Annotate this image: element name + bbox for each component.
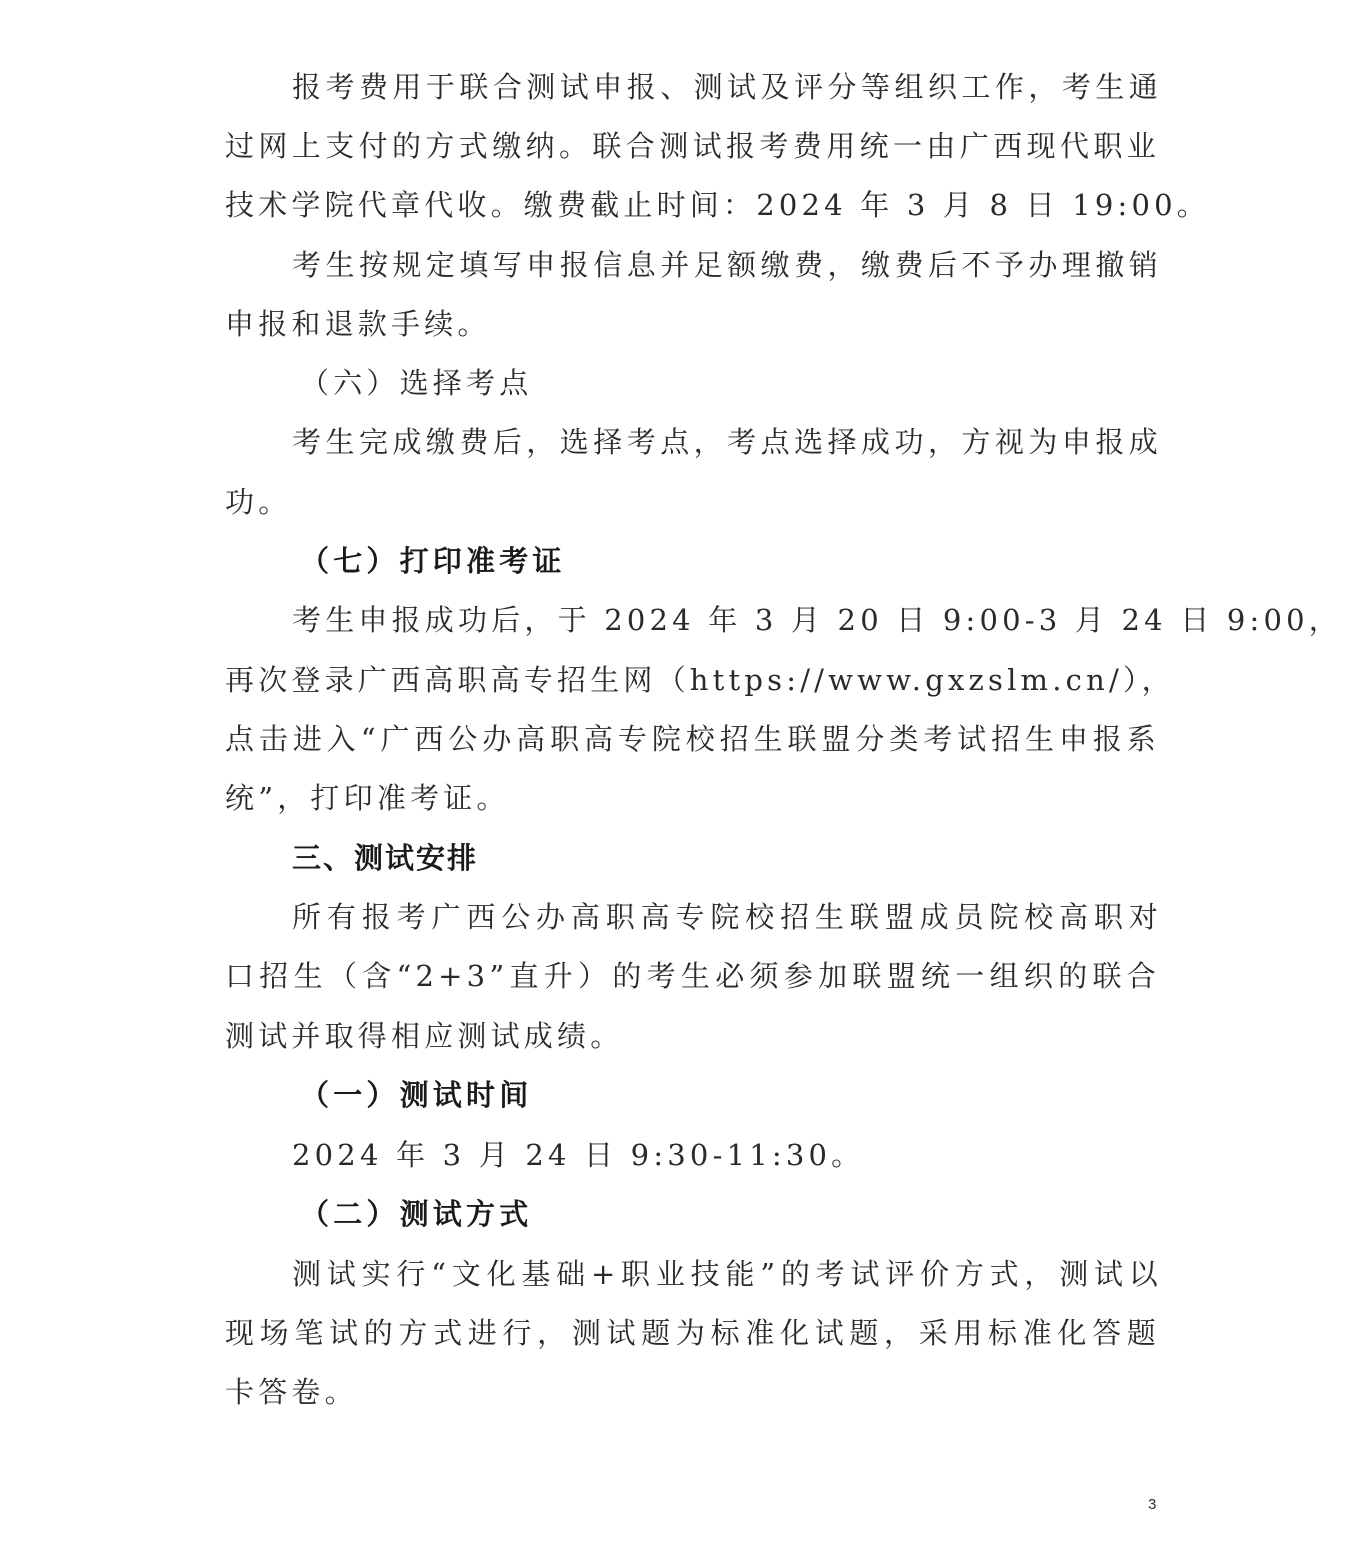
document-page: 报考费用于联合测试申报、测试及评分等组织工作，考生通 过网上支付的方式缴纳。联合…: [0, 0, 1368, 1548]
paragraph-method-line-1: 测试实行“文化基础+职业技能”的考试评价方式，测试以: [292, 1254, 1162, 1294]
paragraph-admission-line-3: 点击进入“广西公办高职高专院校招生联盟分类考试招生申报系: [225, 719, 1160, 759]
paragraph-exam-site-line-1: 考生完成缴费后，选择考点，考点选择成功，方视为申报成: [292, 422, 1162, 462]
subheading-select-exam-site: （六）选择考点: [300, 363, 1235, 403]
page-number: 3: [1148, 1496, 1156, 1513]
paragraph-fee-line-1: 报考费用于联合测试申报、测试及评分等组织工作，考生通: [292, 67, 1162, 107]
paragraph-refund-line-1: 考生按规定填写申报信息并足额缴费，缴费后不予办理撤销: [292, 245, 1162, 285]
paragraph-refund-line-2: 申报和退款手续。: [225, 304, 1160, 344]
subheading-print-admission-ticket: （七）打印准考证: [300, 541, 1235, 581]
subheading-test-time: （一）测试时间: [300, 1075, 1235, 1115]
paragraph-admission-line-4: 统”，打印准考证。: [225, 778, 1160, 818]
paragraph-method-line-3: 卡答卷。: [225, 1372, 1160, 1412]
paragraph-test-line-1: 所有报考广西公办高职高专院校招生联盟成员院校高职对: [292, 897, 1162, 937]
paragraph-admission-line-2: 再次登录广西高职高专招生网（https://www.gxzslm.cn/），: [225, 660, 1160, 700]
subheading-test-method: （二）测试方式: [300, 1194, 1235, 1234]
paragraph-fee-line-3: 技术学院代章代收。缴费截止时间：2024 年 3 月 8 日 19:00。: [225, 185, 1160, 225]
paragraph-exam-site-line-2: 功。: [225, 482, 1160, 522]
test-time-value: 2024 年 3 月 24 日 9:30-11:30。: [292, 1135, 1162, 1175]
paragraph-test-line-2: 口招生（含“2+3”直升）的考生必须参加联盟统一组织的联合: [225, 956, 1160, 996]
paragraph-method-line-2: 现场笔试的方式进行，测试题为标准化试题，采用标准化答题: [225, 1313, 1160, 1353]
paragraph-test-line-3: 测试并取得相应测试成绩。: [225, 1016, 1160, 1056]
section-heading-test-arrangement: 三、测试安排: [292, 838, 1227, 878]
paragraph-admission-line-1: 考生申报成功后，于 2024 年 3 月 20 日 9:00-3 月 24 日 …: [292, 600, 1162, 640]
paragraph-fee-line-2: 过网上支付的方式缴纳。联合测试报考费用统一由广西现代职业: [225, 126, 1160, 166]
